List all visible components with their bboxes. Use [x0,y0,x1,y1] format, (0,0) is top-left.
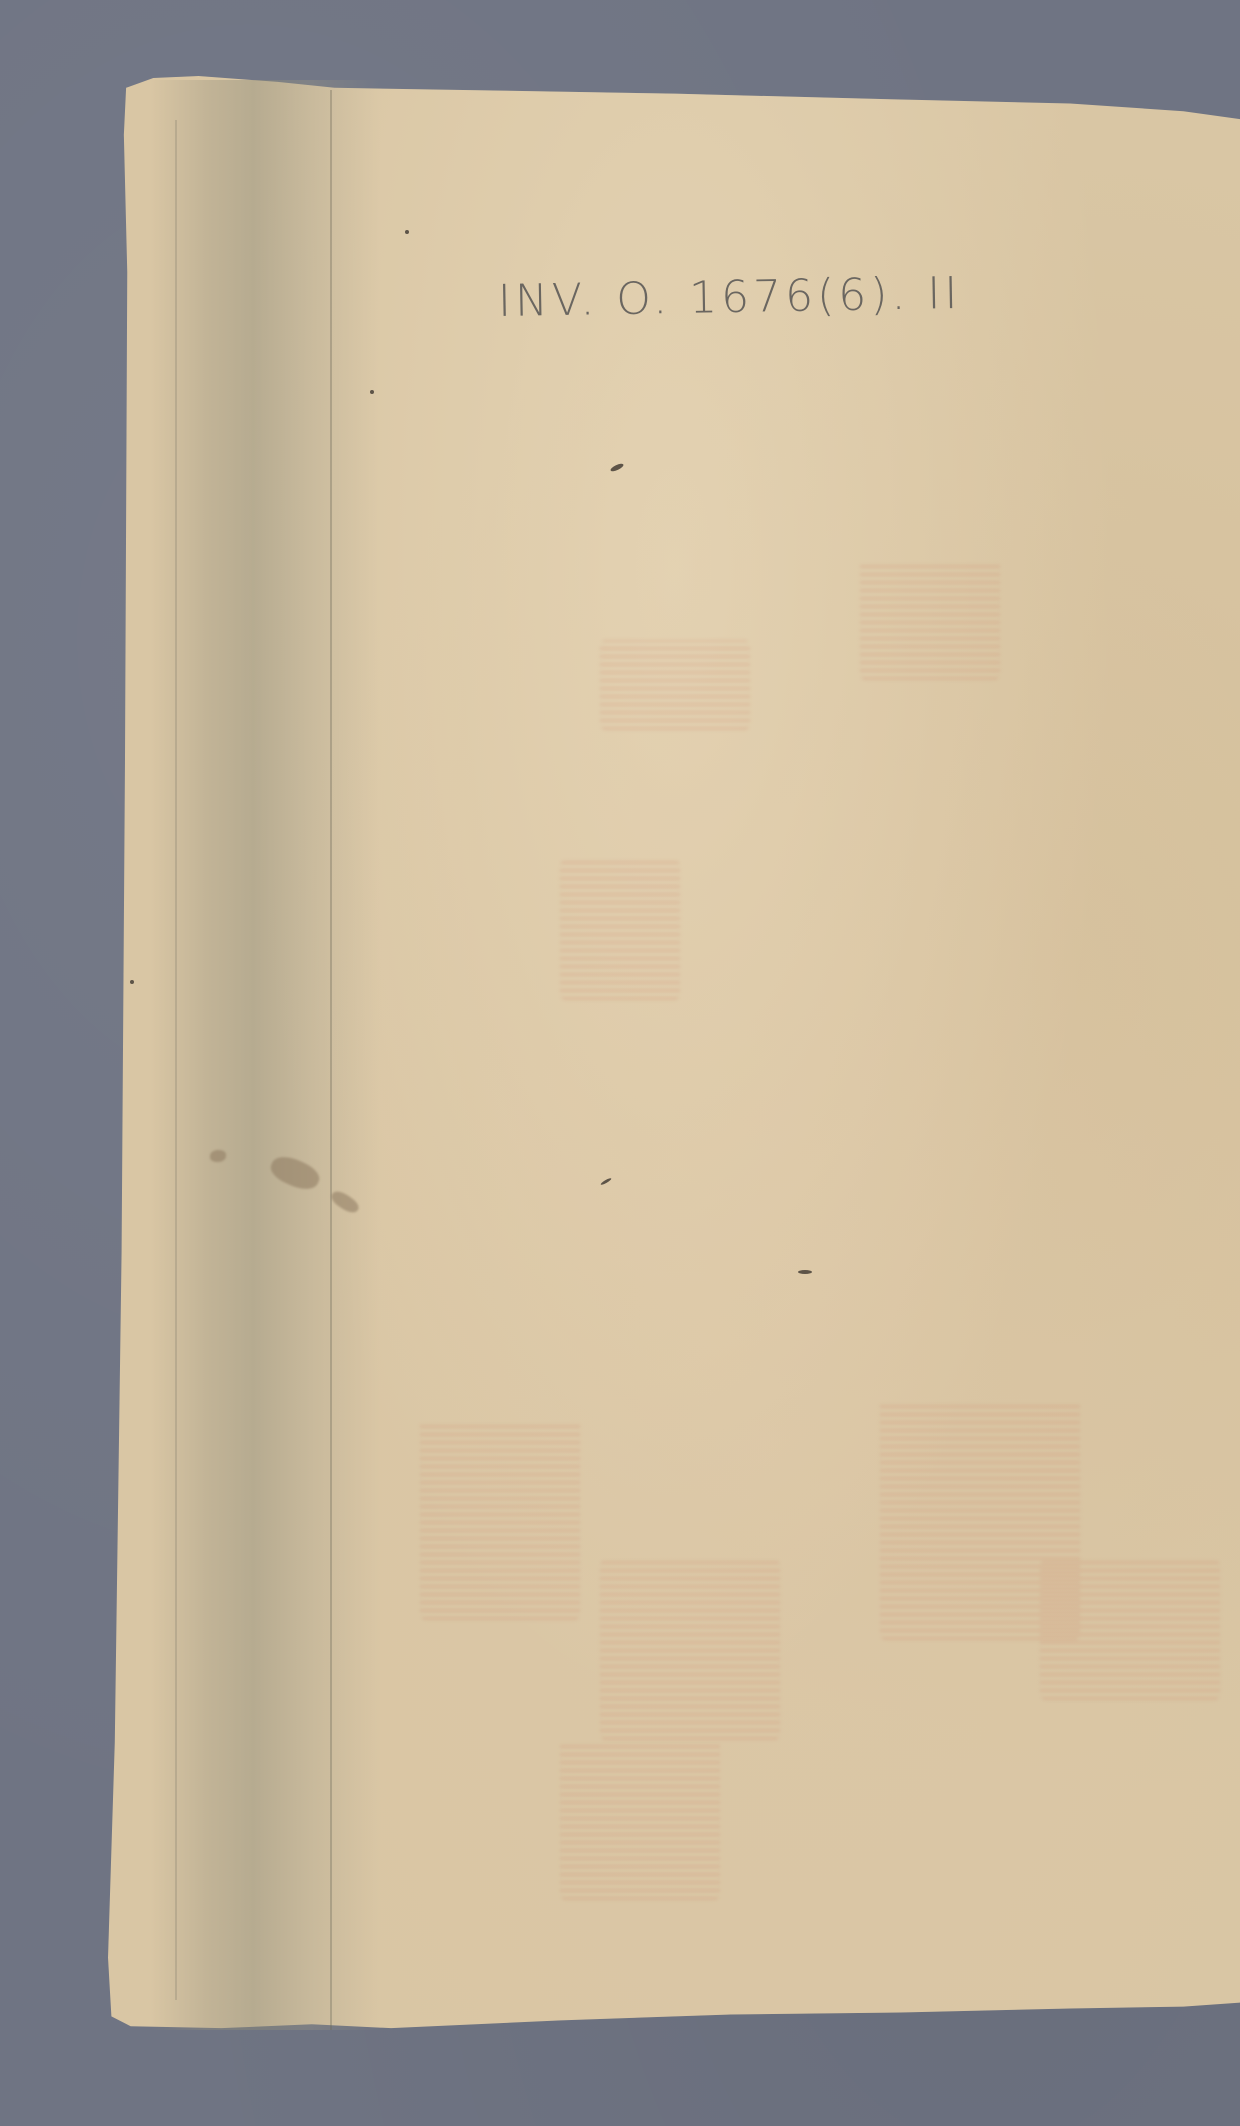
inventory-mark: INV. O. 1676(6). II [498,268,962,327]
paper-leaf [108,76,1240,2036]
